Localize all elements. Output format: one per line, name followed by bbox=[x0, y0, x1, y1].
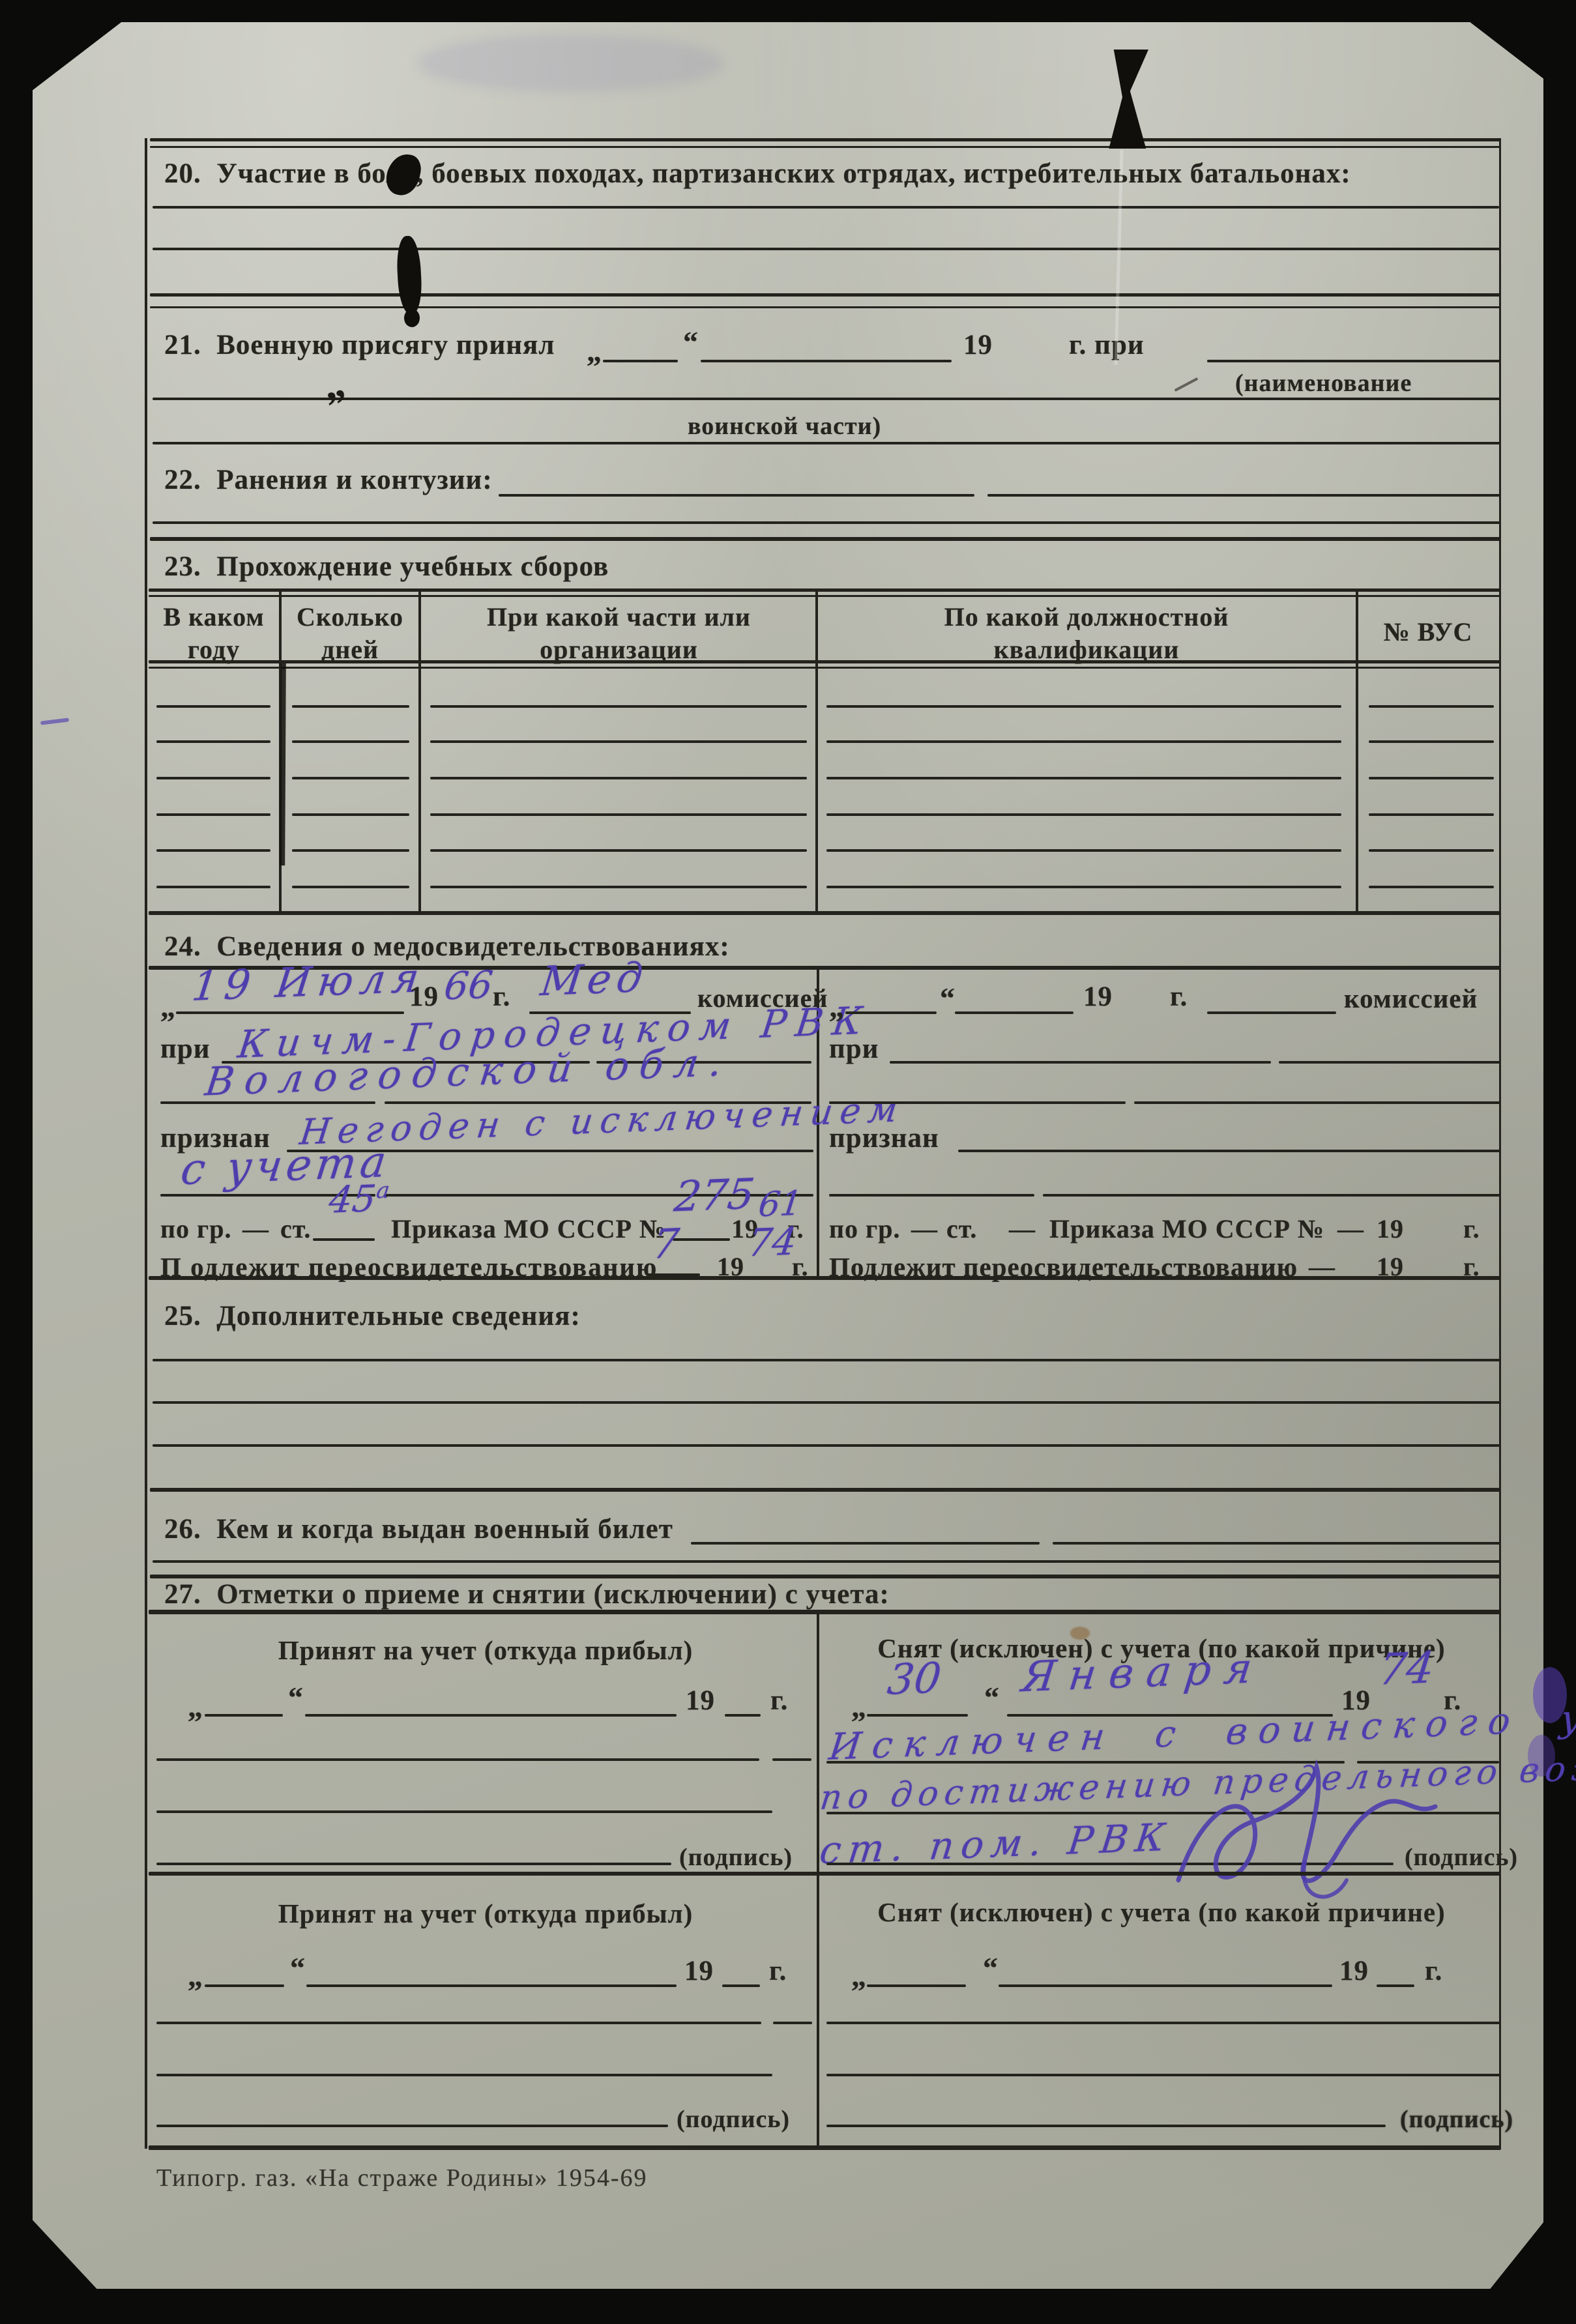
close-quote: “ bbox=[288, 1680, 304, 1715]
table-header-qualification: По какой должностнойквалификации bbox=[822, 601, 1351, 666]
ruled-line bbox=[156, 2074, 772, 2076]
blank-underline bbox=[1377, 1984, 1414, 1987]
cell-underline bbox=[826, 777, 1341, 779]
section20-number: 20. bbox=[164, 158, 201, 189]
blank-underline bbox=[1279, 1061, 1500, 1064]
table-header-bottom2 bbox=[149, 667, 1501, 669]
cell-underline bbox=[292, 849, 409, 852]
cell-underline bbox=[156, 777, 270, 779]
g-label: г. bbox=[1425, 1955, 1442, 1987]
cell-underline bbox=[1369, 740, 1494, 743]
blank-underline bbox=[1134, 1101, 1500, 1104]
section27-number: 27. bbox=[164, 1579, 201, 1610]
blank-underline bbox=[701, 360, 952, 362]
blank-underline bbox=[673, 1238, 730, 1241]
table-column-border bbox=[1356, 590, 1358, 912]
blank-underline bbox=[867, 1714, 968, 1717]
ruled-line bbox=[153, 521, 1501, 524]
blank-underline bbox=[829, 1194, 1034, 1197]
year-19-printed: 19 bbox=[409, 981, 439, 1013]
ruled-line bbox=[156, 1758, 759, 1761]
section26-text: Кем и когда выдан военный билет bbox=[216, 1514, 673, 1545]
dash: — bbox=[242, 1213, 269, 1244]
cell-underline bbox=[1369, 849, 1494, 852]
blank-underline bbox=[1043, 1194, 1500, 1197]
cell-underline bbox=[430, 740, 807, 743]
table-header-vus: № ВУС bbox=[1359, 616, 1497, 648]
blank-underline bbox=[499, 494, 974, 497]
table-header-year: В какомгоду bbox=[152, 601, 276, 666]
table-bottom-line bbox=[149, 911, 1501, 915]
section21-title: 21. Военную присягу принял bbox=[164, 329, 555, 361]
table-header-unit: При какой части илиорганизации bbox=[425, 601, 813, 666]
separator-line2 bbox=[150, 306, 1501, 308]
ink-blot bbox=[404, 309, 420, 327]
open-quote: „ bbox=[188, 1689, 203, 1724]
section23-title: 23. Прохождение учебных сборов bbox=[164, 551, 609, 583]
cell-underline bbox=[292, 740, 409, 743]
ruled-line bbox=[826, 2022, 1500, 2024]
cell-underline bbox=[430, 886, 807, 888]
cell-underline bbox=[826, 705, 1341, 708]
column-divider bbox=[817, 1612, 819, 2145]
header-line: При какой части или bbox=[487, 602, 751, 632]
stamp-fragment bbox=[1533, 1667, 1567, 1723]
section23-text: Прохождение учебных сборов bbox=[216, 551, 609, 582]
prikaz-label: Приказа МО СССР № bbox=[1049, 1213, 1324, 1244]
blank-underline bbox=[205, 1984, 284, 1987]
year-19-printed: 19 bbox=[963, 329, 993, 361]
gr-label: по гр. bbox=[829, 1213, 900, 1244]
section25-text: Дополнительные сведения: bbox=[216, 1301, 581, 1331]
header-line: По какой должностной bbox=[944, 602, 1229, 632]
blank-underline bbox=[845, 1011, 937, 1014]
accept-title: Принят на учет (откуда прибыл) bbox=[156, 1898, 815, 1929]
open-quote: „ bbox=[851, 1689, 867, 1724]
hint-voinskoy-chasti: воинской части) bbox=[688, 412, 881, 441]
blank-underline bbox=[1207, 1011, 1336, 1014]
blank-underline bbox=[313, 1238, 375, 1241]
section27-text: Отметки о приеме и снятии (исключении) с… bbox=[216, 1579, 890, 1610]
section27-title: 27. Отметки о приеме и снятии (исключени… bbox=[164, 1578, 890, 1610]
section24-number: 24. bbox=[164, 931, 201, 962]
left-border-line bbox=[145, 138, 147, 2149]
section22-number: 22. bbox=[164, 465, 201, 495]
year-19-printed: 19 bbox=[684, 1955, 714, 1987]
signature-label: (подпись) bbox=[1400, 2105, 1513, 2134]
g-label: г. bbox=[769, 1955, 787, 1987]
top-border-line bbox=[150, 138, 1501, 141]
g-label: г. bbox=[770, 1685, 788, 1717]
ruled-line bbox=[153, 1401, 1501, 1404]
open-quote: „ bbox=[160, 989, 176, 1024]
signature-line bbox=[156, 1863, 671, 1865]
faded-stamp-smudge bbox=[417, 34, 723, 93]
blank-underline bbox=[305, 1714, 677, 1717]
section23-number: 23. bbox=[164, 551, 201, 582]
cell-underline bbox=[430, 777, 807, 779]
year-19-printed: 19 bbox=[1083, 981, 1113, 1013]
ruled-line bbox=[153, 248, 1501, 250]
stamp-fragment bbox=[1528, 1735, 1555, 1777]
close-quote: “ bbox=[983, 1951, 999, 1985]
section22-text: Ранения и контузии: bbox=[216, 465, 492, 495]
blank-underline bbox=[999, 1984, 1332, 1987]
cell-underline bbox=[156, 705, 270, 708]
cell-underline bbox=[156, 813, 270, 816]
section21-number: 21. bbox=[164, 330, 201, 360]
close-quote: “ bbox=[683, 325, 699, 359]
cell-underline bbox=[430, 813, 807, 816]
g-label: г. bbox=[493, 981, 510, 1013]
separator-line bbox=[150, 537, 1501, 541]
blank-underline bbox=[829, 1101, 1126, 1104]
blank-underline bbox=[691, 1542, 1040, 1545]
cell-underline bbox=[826, 849, 1341, 852]
prikaz-label: Приказа МО СССР № bbox=[391, 1213, 666, 1244]
cell-underline bbox=[826, 813, 1341, 816]
blank-underline bbox=[1207, 360, 1501, 362]
header-line: В каком bbox=[163, 602, 264, 632]
g-pri-label: г. при bbox=[1069, 329, 1145, 361]
st-label: ст. bbox=[280, 1213, 311, 1244]
pri-label: при bbox=[829, 1033, 879, 1065]
table-column-border bbox=[815, 590, 818, 912]
open-quote: „ bbox=[851, 1958, 867, 1993]
table-header-bottom bbox=[149, 660, 1501, 663]
table-header-days: Сколькодней bbox=[285, 601, 415, 666]
commission-label: комиссией bbox=[1344, 983, 1478, 1014]
separator-line bbox=[150, 293, 1501, 297]
signature-line bbox=[156, 2125, 668, 2127]
cell-underline bbox=[156, 886, 270, 888]
table27-bottom-line bbox=[149, 2145, 1501, 2150]
dash: — bbox=[1337, 1213, 1364, 1244]
separator-line bbox=[150, 1488, 1501, 1492]
top-border-line2 bbox=[150, 146, 1501, 148]
g-label: г. bbox=[1463, 1213, 1480, 1244]
handwritten-article: 45а bbox=[327, 1177, 391, 1222]
section20-title: 20. Участие в боях, боевых походах, парт… bbox=[164, 158, 1351, 190]
blank-underline bbox=[722, 1984, 760, 1987]
blank-underline bbox=[306, 1984, 677, 1987]
section24-text: Сведения о медосвидетельствованиях: bbox=[216, 931, 729, 962]
ruled-line bbox=[826, 2074, 1500, 2076]
handwritten-removal-year: 74 bbox=[1376, 1642, 1437, 1695]
article-number: 45 bbox=[327, 1178, 378, 1222]
cell-underline bbox=[156, 849, 270, 852]
handwritten-commission-type: Мед bbox=[538, 953, 650, 1006]
ruled-line bbox=[772, 1758, 811, 1761]
pri-label: при bbox=[160, 1033, 210, 1065]
close-quote: “ bbox=[290, 1951, 306, 1985]
cell-underline bbox=[156, 740, 270, 743]
blank-underline bbox=[176, 1011, 404, 1014]
row-separator-line bbox=[149, 1872, 1501, 1876]
header-line: Сколько bbox=[297, 602, 403, 632]
section25-title: 25. Дополнительные сведения: bbox=[164, 1300, 581, 1332]
blank-underline bbox=[890, 1061, 1271, 1064]
blank-underline bbox=[603, 360, 678, 362]
handwritten-med-date: 19 Июля bbox=[190, 953, 428, 1010]
blank-underline bbox=[867, 1984, 966, 1987]
handwritten-removal-day: 30 bbox=[885, 1654, 944, 1705]
open-quote: „ bbox=[829, 989, 845, 1024]
table27-top-line bbox=[149, 1610, 1501, 1614]
signature-label: (подпись) bbox=[679, 1843, 793, 1872]
close-quote: “ bbox=[984, 1680, 1000, 1715]
st-label: ст. bbox=[946, 1213, 977, 1244]
blank-underline bbox=[205, 1714, 283, 1717]
ruled-line bbox=[156, 2022, 761, 2024]
cell-underline bbox=[430, 849, 807, 852]
open-quote: „ bbox=[587, 334, 602, 368]
signature-label: (подпись) bbox=[677, 2105, 790, 2134]
scanned-document-page: 20. Участие в боях, боевых походах, парт… bbox=[0, 0, 1576, 2324]
blank-underline bbox=[1053, 1542, 1501, 1545]
accept-title: Принят на учет (откуда прибыл) bbox=[156, 1634, 815, 1666]
priznan-label: признан bbox=[829, 1122, 939, 1154]
section25-number: 25. bbox=[164, 1301, 201, 1331]
table-top-line bbox=[149, 588, 1501, 592]
section26-title: 26. Кем и когда выдан военный билет bbox=[164, 1513, 673, 1545]
ruled-line bbox=[153, 206, 1499, 209]
remove-title: Снят (исключен) с учета (по какой причин… bbox=[823, 1896, 1500, 1928]
signature-line bbox=[826, 2125, 1386, 2127]
blank-underline bbox=[987, 494, 1501, 497]
year-19-printed: 19 bbox=[1377, 1213, 1404, 1244]
blank-underline bbox=[958, 1150, 1500, 1152]
ruled-line bbox=[153, 1560, 1501, 1563]
ruled-line bbox=[153, 442, 1501, 444]
handwritten-removal-month: Января bbox=[1019, 1644, 1268, 1702]
table-top-line2 bbox=[149, 595, 1501, 597]
dash: — bbox=[1009, 1213, 1036, 1244]
hint-naimenovanie: (наименование bbox=[1235, 369, 1412, 398]
ruled-line bbox=[153, 398, 1501, 400]
print-shop-imprint: Типогр. газ. «На страже Родины» 1954-69 bbox=[156, 2164, 648, 2192]
dash: — bbox=[911, 1213, 938, 1244]
cell-underline bbox=[826, 740, 1341, 743]
stain-spot bbox=[1070, 1627, 1090, 1640]
cell-underline bbox=[1369, 777, 1494, 779]
cell-underline bbox=[292, 813, 409, 816]
year-19-printed: 19 bbox=[1339, 1955, 1369, 1987]
section22-title: 22. Ранения и контузии: bbox=[164, 464, 493, 496]
cell-underline bbox=[292, 886, 409, 888]
year-19-printed: 19 bbox=[686, 1685, 715, 1717]
section26-number: 26. bbox=[164, 1514, 201, 1545]
blank-underline bbox=[955, 1011, 1073, 1014]
cell-underline bbox=[292, 777, 409, 779]
section21-text: Военную присягу принял bbox=[216, 330, 555, 360]
cell-underline bbox=[430, 705, 807, 708]
handwritten-signature bbox=[1167, 1753, 1447, 1910]
ruled-line bbox=[153, 1359, 1501, 1361]
handwritten-med-year: 66 bbox=[442, 962, 495, 1008]
cell-underline bbox=[1369, 813, 1494, 816]
table-column-border bbox=[418, 590, 421, 912]
cell-underline bbox=[826, 886, 1341, 888]
ink-streak bbox=[280, 663, 286, 865]
g-label: г. bbox=[1170, 981, 1188, 1013]
gr-label: по гр. bbox=[160, 1213, 231, 1244]
cell-underline bbox=[292, 705, 409, 708]
ruled-line bbox=[156, 1810, 772, 1813]
separator-line bbox=[149, 1276, 1501, 1280]
handwritten-resurvey-year: 74 bbox=[746, 1219, 799, 1265]
cell-underline bbox=[1369, 705, 1494, 708]
open-quote: „ bbox=[188, 1958, 203, 1993]
blank-underline bbox=[725, 1714, 761, 1717]
ruled-line bbox=[153, 1444, 1501, 1447]
close-quote: “ bbox=[940, 981, 956, 1015]
cell-underline bbox=[1369, 886, 1494, 888]
ruled-line bbox=[773, 2022, 812, 2024]
